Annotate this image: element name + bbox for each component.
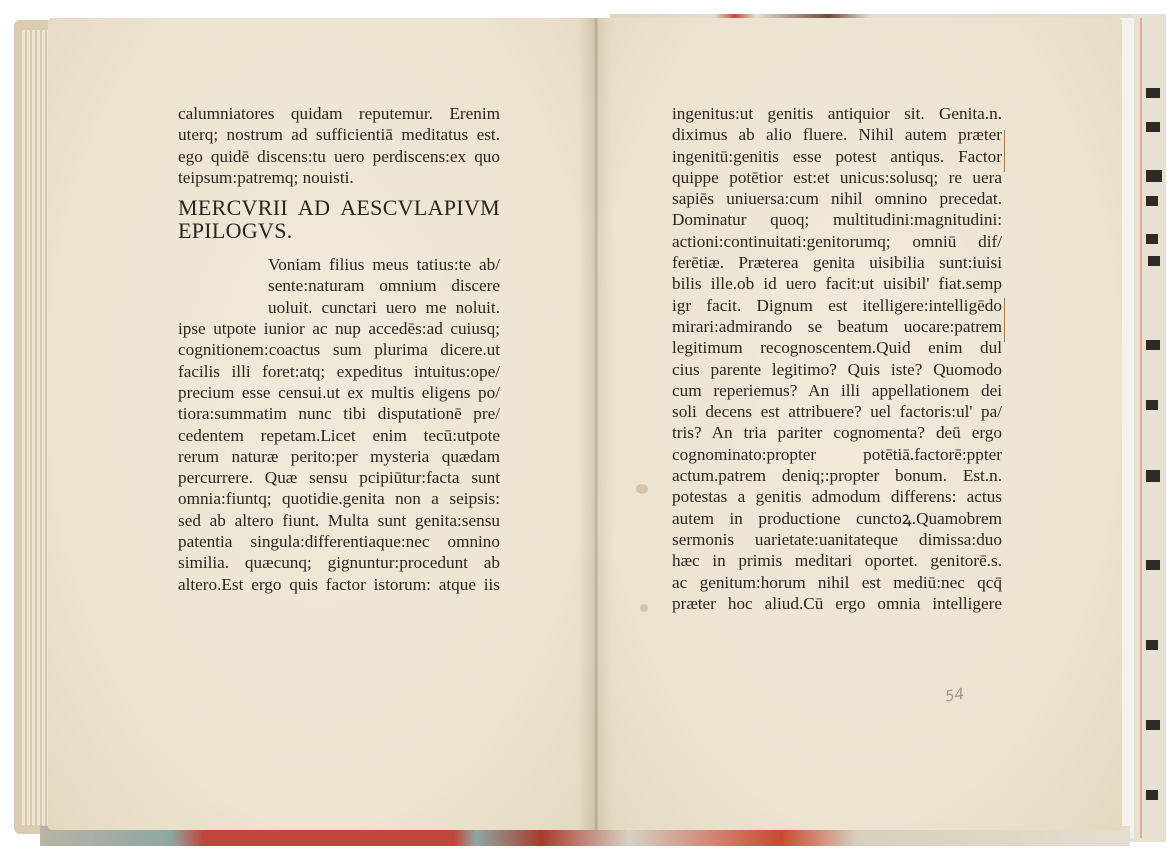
- neume-mark: [1146, 122, 1160, 132]
- text-line: percurrere. Quæ sensu pcipiūtur:facta su…: [178, 467, 500, 488]
- neume-mark: [1146, 790, 1158, 800]
- text-line: ego quidē discens:tu uero perdiscens:ex …: [178, 146, 500, 167]
- cover-right-edge: [1130, 14, 1166, 842]
- gutter: [578, 18, 614, 830]
- text-line: ferētiæ. Præterea genita uisibilia sunt:…: [672, 252, 1002, 273]
- neume-mark: [1146, 340, 1160, 350]
- neume-mark: [1148, 256, 1160, 266]
- neume-mark: [1146, 720, 1160, 730]
- text-line: uoluit. cunctari uero me noluit.: [178, 297, 500, 318]
- text-line: sed ab altero fiunt. Multa sunt genita:s…: [178, 510, 500, 531]
- text-line: cum reperiemus? An illi appellationem de…: [672, 380, 1002, 401]
- text-line: cedentem repetam.Licet enim tecū:utpote: [178, 425, 500, 446]
- left-page-text: calumniatores quidam reputemur. Erenim u…: [178, 103, 500, 595]
- section-heading: EPILOGVS.: [178, 219, 500, 242]
- neume-mark: [1146, 234, 1158, 244]
- foxing-spot: [636, 484, 648, 494]
- text-line: ingenitū:genitis esse potest antiqus. Fa…: [672, 146, 1002, 167]
- text-line: igr facit. Dignum est itelligere:intelli…: [672, 295, 1002, 316]
- text-line: ingenitus:ut genitis antiquior sit. Geni…: [672, 103, 1002, 124]
- text-line: tiora:summatim nunc tibi disputationē pr…: [178, 403, 500, 424]
- text-line: ac genitum:horum nihil est mediū:nec qcq…: [672, 572, 1002, 593]
- text-line: cognominato:propter potētiā.factorē:ppte…: [672, 444, 1002, 465]
- text-line: cius parente legitimo? Quis iste? Quomod…: [672, 359, 1002, 380]
- text-line: actum.patrem deniq;:propter bonum. Est.n…: [672, 465, 1002, 486]
- text-line: Dominatur quoq; multitudini:magnitudini:: [672, 209, 1002, 230]
- neume-mark: [1146, 560, 1160, 570]
- open-book: calumniatores quidam reputemur. Erenim u…: [0, 0, 1170, 854]
- right-page-text: ingenitus:ut genitis antiquior sit. Geni…: [672, 103, 1002, 614]
- pencil-folio-number: 54: [944, 684, 966, 705]
- text-line: bilis ille.ob id uero facit:ut uisibil' …: [672, 273, 1002, 294]
- text-line: facilis illi foret:atq; expeditus intuit…: [178, 361, 500, 382]
- foxing-spot: [640, 604, 648, 612]
- text-line: omnia:fiuntq; quotidie.genita non a seip…: [178, 488, 500, 509]
- neume-mark: [1146, 196, 1158, 206]
- text-line: quippe potētior est:et unicus:solusq; re…: [672, 167, 1002, 188]
- text-line: potestas a genitis admodum differens: ac…: [672, 486, 1002, 507]
- text-line: præter hoc aliud.Cū ergo omnia intellige…: [672, 593, 1002, 614]
- text-line: patentia singula:differentiaque:nec omni…: [178, 531, 500, 552]
- marginal-bracket-mark: [1004, 298, 1013, 342]
- neume-mark: [1146, 88, 1160, 98]
- text-line: autem in productione cunctoꝝ.Quamobrem: [672, 508, 1002, 529]
- text-line: Voniam filius meus tatius:te ab/: [178, 254, 500, 275]
- text-line: actioni:continuitati:genitorumq; omniū d…: [672, 231, 1002, 252]
- text-line: soli decens est attribuere? uel factoris…: [672, 401, 1002, 422]
- text-line: uterq; nostrum ad sufficientiā meditatus…: [178, 124, 500, 145]
- neume-mark: [1146, 470, 1160, 482]
- neume-mark: [1146, 400, 1158, 410]
- neume-mark: [1146, 640, 1158, 650]
- text-line: mirari:admirando se beatum uocare:patrem: [672, 316, 1002, 337]
- section-heading: MERCVRII AD AESCVLAPIVM: [178, 196, 500, 219]
- text-line: precium esse censui.ut ex multis eligens…: [178, 382, 500, 403]
- text-line: legitimum recognoscentem.Quid enim dul: [672, 337, 1002, 358]
- text-line: hæc in primis meditari oportet. genitorē…: [672, 550, 1002, 571]
- text-line: calumniatores quidam reputemur. Erenim: [178, 103, 500, 124]
- music-staff-line: [1140, 18, 1142, 838]
- text-line: ipse utpote iunior ac nup accedēs:ad cui…: [178, 318, 500, 339]
- marginal-bracket-mark: [1004, 130, 1013, 172]
- text-line: sapiēs uniuersa:cum nihil omnino preceda…: [672, 188, 1002, 209]
- text-line: cognitionem:coactus sum plurima dicere.u…: [178, 339, 500, 360]
- neume-mark: [1146, 170, 1162, 182]
- text-line: altero.Est ergo quis factor istorum: atq…: [178, 574, 500, 595]
- text-line: teipsum:patremq; nouisti.: [178, 167, 500, 188]
- text-line: sente:naturam omnium discere: [178, 275, 500, 296]
- text-line: rerum naturæ perito:per mysteria quædam: [178, 446, 500, 467]
- text-line: similia. quæcunq; gignuntur:procedunt ab: [178, 552, 500, 573]
- text-line: tris? An tria pariter cognomenta? deū er…: [672, 422, 1002, 443]
- text-line: diximus ab alio fluere. Nihil autem præt…: [672, 124, 1002, 145]
- text-line: sermonis uarietate:uanitateque dimissa:d…: [672, 529, 1002, 550]
